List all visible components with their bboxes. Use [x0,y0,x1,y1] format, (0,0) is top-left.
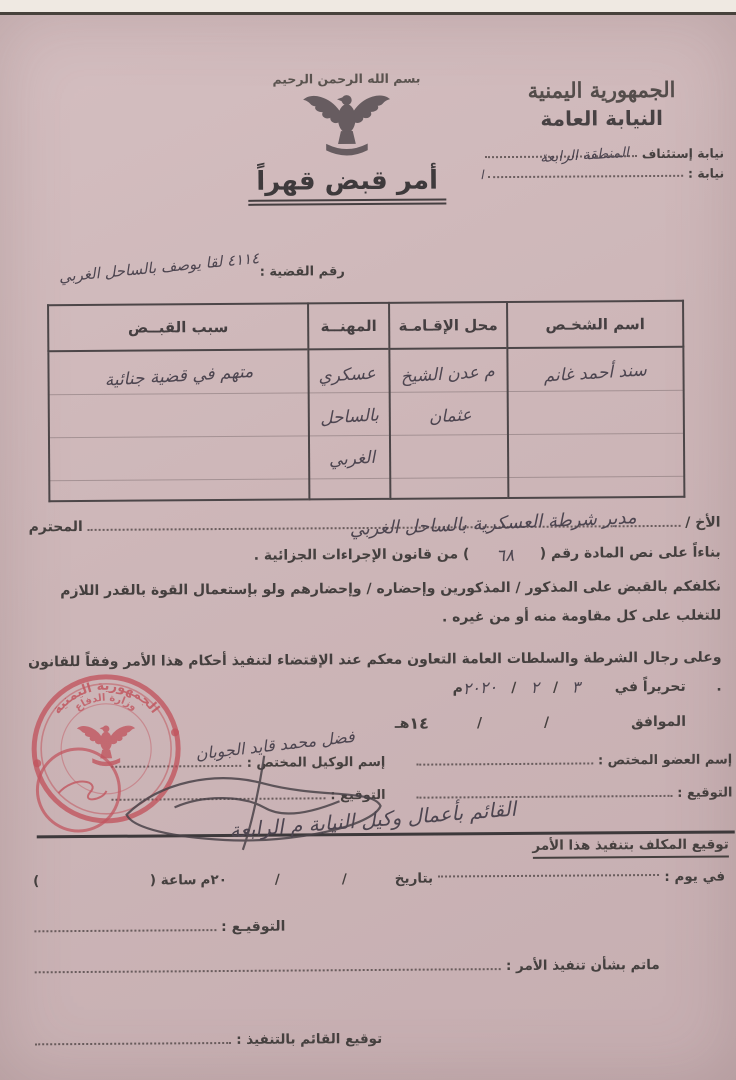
branch-value-handwritten: ا [480,167,484,182]
column-profession: المهنــة [308,303,389,350]
hijri-suffix: هـ [395,715,410,731]
date-slash: / [275,872,280,888]
article-number-handwritten: ٦٨ [495,546,514,567]
written-date-line: تحريراً في ٣ / ٢ / ٢٠٢٠ م [386,677,686,698]
hijri-date-line: الموافق / / ١٤ هـ [386,712,686,733]
prosecution-title: النيابة العامة [480,106,724,132]
date-label: بتاريخ [395,871,433,887]
execution-day-line: في يوم : بتاريخ / / ٢٠م ساعة ( ) [33,869,725,890]
article-text-before: بناءاً على نص المادة رقم ( [540,545,721,562]
column-person-name: اسم الشخـص [507,301,683,348]
case-number-line: رقم القضية : ٤١١٤ لقا يوصف بالساحل الغرب… [15,261,345,281]
written-date-label: تحريراً في [615,678,686,694]
executor-signature-line: توقيع القائم بالتنفيذ : [30,1031,382,1049]
branch-line: نيابة : ا [480,166,724,183]
document-header-center: بسم الله الرحمن الرحيم أمر قبض قهراً [241,70,452,205]
hour-label: ساعة ( [150,872,197,888]
outcome-label: ماتم بشأن تنفيذ الأمر : [506,957,660,974]
signature-label: التوقيـع : [221,919,285,935]
signature-line: التوقيـع : [29,919,285,937]
year-handwritten: ٢٠٢٠ [462,677,497,698]
appeal-prosecution-line: نيابة إستئناف المنطقة الرابعة [480,135,724,163]
table-header-row: اسم الشخـص محل الإقـامـة المهنــة سبب ال… [48,301,683,351]
order-paragraph: نكلفكم بالقبض على المذكور / المذكورين وإ… [27,573,721,636]
date-slash: / [511,679,516,695]
republic-title: الجمهورية اليمنية [479,77,723,104]
persons-table: اسم الشخـص محل الإقـامـة المهنــة سبب ال… [47,300,685,502]
branch-label: نيابة : [688,166,724,181]
yemen-eagle-icon [299,88,396,161]
article-line: بناءاً على نص المادة رقم ( ٦٨ ) من قانون… [29,543,721,568]
addressee-line: الأخ / مدير شرطة العسكرية بالساحل الغربي… [28,505,720,536]
outcome-line: ماتم بشأن تنفيذ الأمر : [30,957,660,977]
column-arrest-reason: سبب القبــض [48,303,308,351]
table-row: سند أحمد غانم م عدن الشيخ عثمان عسكري با… [48,347,684,501]
basmala-text: بسم الله الرحمن الرحيم [241,70,451,86]
hijri-label: الموافق [631,713,686,729]
addressee-honorific: المحترم [29,519,83,535]
day-label: في يوم : [664,869,725,885]
executor-signature-label: توقيع القائم بالتنفيذ : [236,1031,382,1048]
article-text-after: ) من قانون الإجراءات الجزائية . [254,546,470,564]
date-slash: / [553,679,558,695]
cell-residence: م عدن الشيخ عثمان [389,348,508,499]
member-signature-label: التوقيع : [677,785,732,800]
year-hint: ٢٠م [200,872,227,888]
date-slash: / [477,715,482,731]
cell-profession: عسكري بالساحل الغربي [308,349,390,500]
member-name-label: إسم العضو المختص : [598,752,732,768]
case-number-value-handwritten: ٤١١٤ لقا يوصف بالساحل الغربي [58,249,260,286]
page-title: أمر قبض قهراً [248,165,446,205]
day-handwritten: ٣ [572,677,582,696]
appeal-label: نيابة إستئناف [642,146,724,162]
case-number-label: رقم القضية : [260,264,345,280]
hijri-year: ١٤ [409,714,429,733]
scanned-paper: بسم الله الرحمن الرحيم أمر قبض قهراً الج… [0,12,736,1080]
cell-arrest-reason: متهم في قضية جنائية [48,349,309,501]
addressee-prefix: الأخ / [685,515,720,531]
date-slash: / [544,714,549,730]
month-handwritten: ٢ [530,678,540,697]
date-slash: / [342,871,347,887]
executor-heading: توقيع المكلف بتنفيذ هذا الأمر [532,836,729,858]
document-header-right: الجمهورية اليمنية النيابة العامة نيابة إ… [479,77,724,183]
paren-close: ) [33,873,39,889]
column-residence: محل الإقـامـة [389,302,507,349]
cell-person-name: سند أحمد غانم [507,347,684,498]
